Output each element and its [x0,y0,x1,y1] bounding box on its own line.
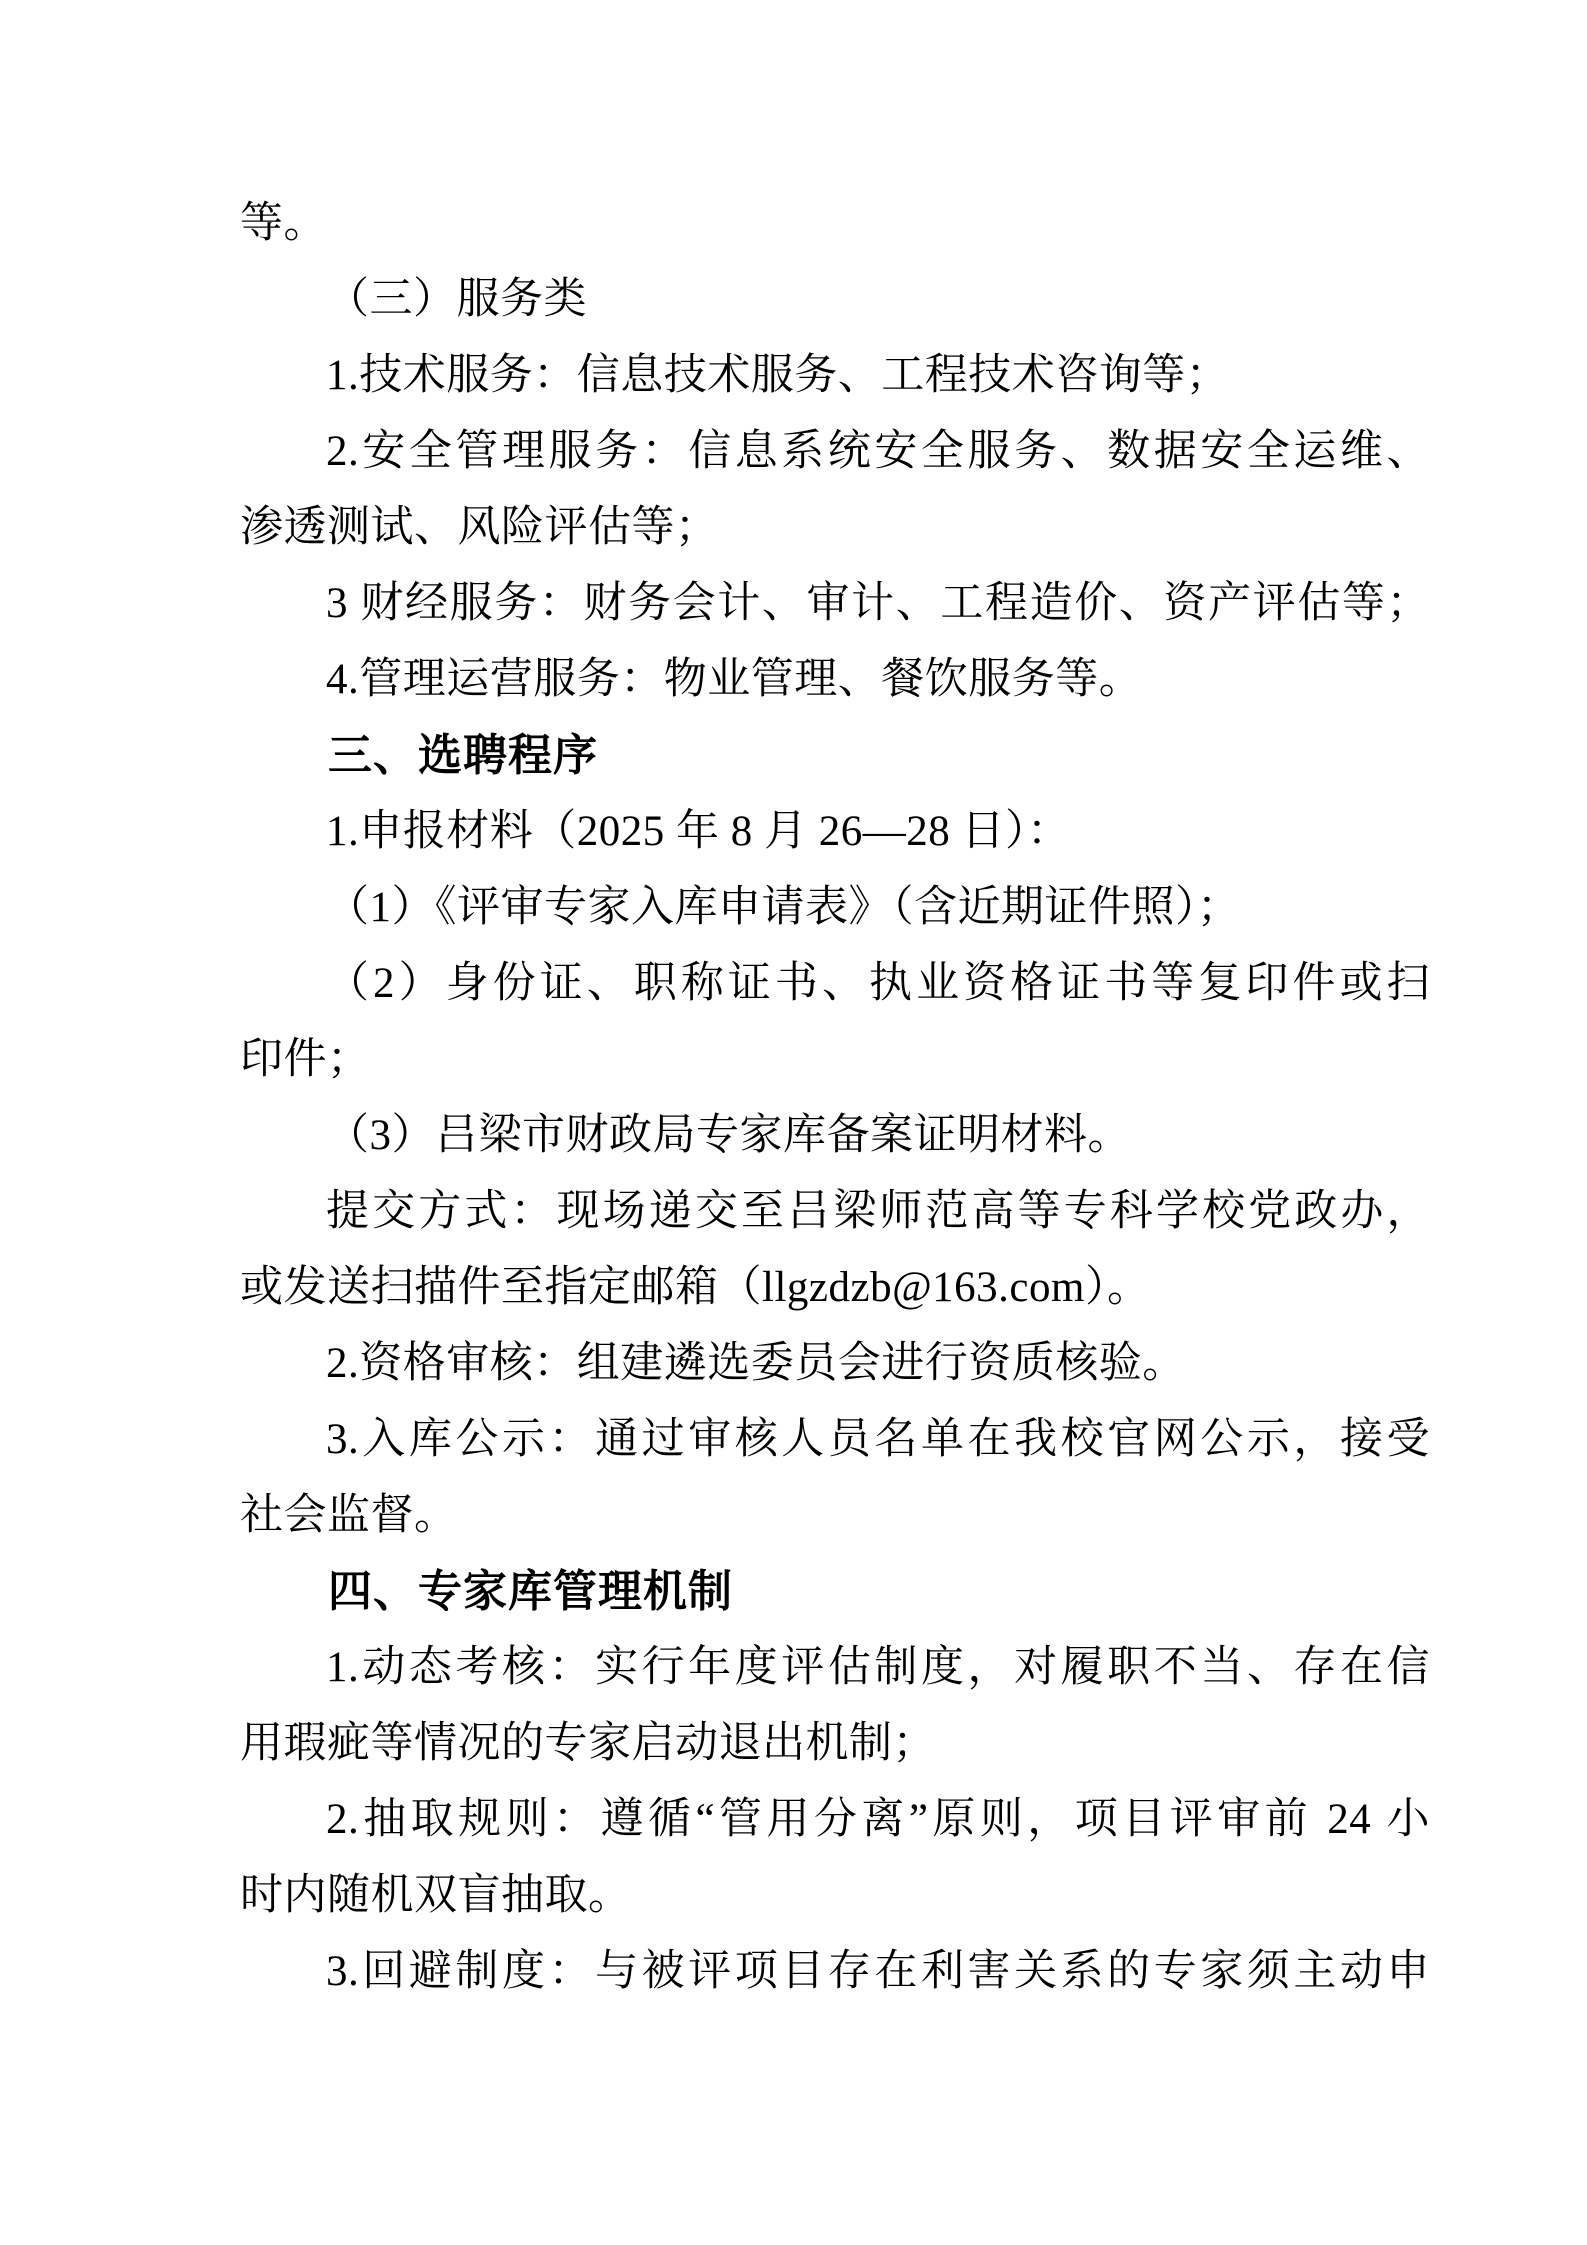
document-text-block: 等。 （三）服务类 1.技术服务：信息技术服务、工程技术咨询等； 2.安全管理服… [240,186,1430,2010]
doc-line: 3.回避制度：与被评项目存在利害关系的专家须主动申 [240,1934,1430,2010]
doc-line: 3.入库公示：通过审核人员名单在我校官网公示，接受 [240,1402,1430,1478]
doc-line: （三）服务类 [240,262,1430,338]
doc-line: 1.动态考核：实行年度评估制度，对履职不当、存在信 [240,1630,1430,1706]
doc-line: 社会监督。 [240,1478,1430,1554]
doc-line: 等。 [240,186,1430,262]
doc-line: 渗透测试、风险评估等； [240,490,1430,566]
doc-line: 1.技术服务：信息技术服务、工程技术咨询等； [240,338,1430,414]
doc-line: 2.安全管理服务：信息系统安全服务、数据安全运维、 [240,414,1430,490]
doc-line: 提交方式：现场递交至吕梁师范高等专科学校党政办， [240,1174,1430,1250]
doc-line: 时内随机双盲抽取。 [240,1858,1430,1934]
doc-line: （3）吕梁市财政局专家库备案证明材料。 [240,1098,1430,1174]
doc-line: 3 财经服务：财务会计、审计、工程造价、资产评估等； [240,566,1430,642]
doc-line: 2.资格审核：组建遴选委员会进行资质核验。 [240,1326,1430,1402]
section-heading: 三、选聘程序 [240,718,1430,794]
doc-line: 印件； [240,1022,1430,1098]
doc-line: 1.申报材料（2025 年 8 月 26—28 日）： [240,794,1430,870]
doc-line: 或发送扫描件至指定邮箱（llgzdzb@163.com）。 [240,1250,1430,1326]
doc-line: （1）《评审专家入库申请表》（含近期证件照）； [240,870,1430,946]
section-heading: 四、专家库管理机制 [240,1554,1430,1630]
document-page: 等。 （三）服务类 1.技术服务：信息技术服务、工程技术咨询等； 2.安全管理服… [0,0,1587,2245]
doc-line: 2.抽取规则：遵循“管用分离”原则，项目评审前 24 小 [240,1782,1430,1858]
doc-line: （2）身份证、职称证书、执业资格证书等复印件或扫 [240,946,1430,1022]
doc-line: 用瑕疵等情况的专家启动退出机制； [240,1706,1430,1782]
doc-line: 4.管理运营服务：物业管理、餐饮服务等。 [240,642,1430,718]
